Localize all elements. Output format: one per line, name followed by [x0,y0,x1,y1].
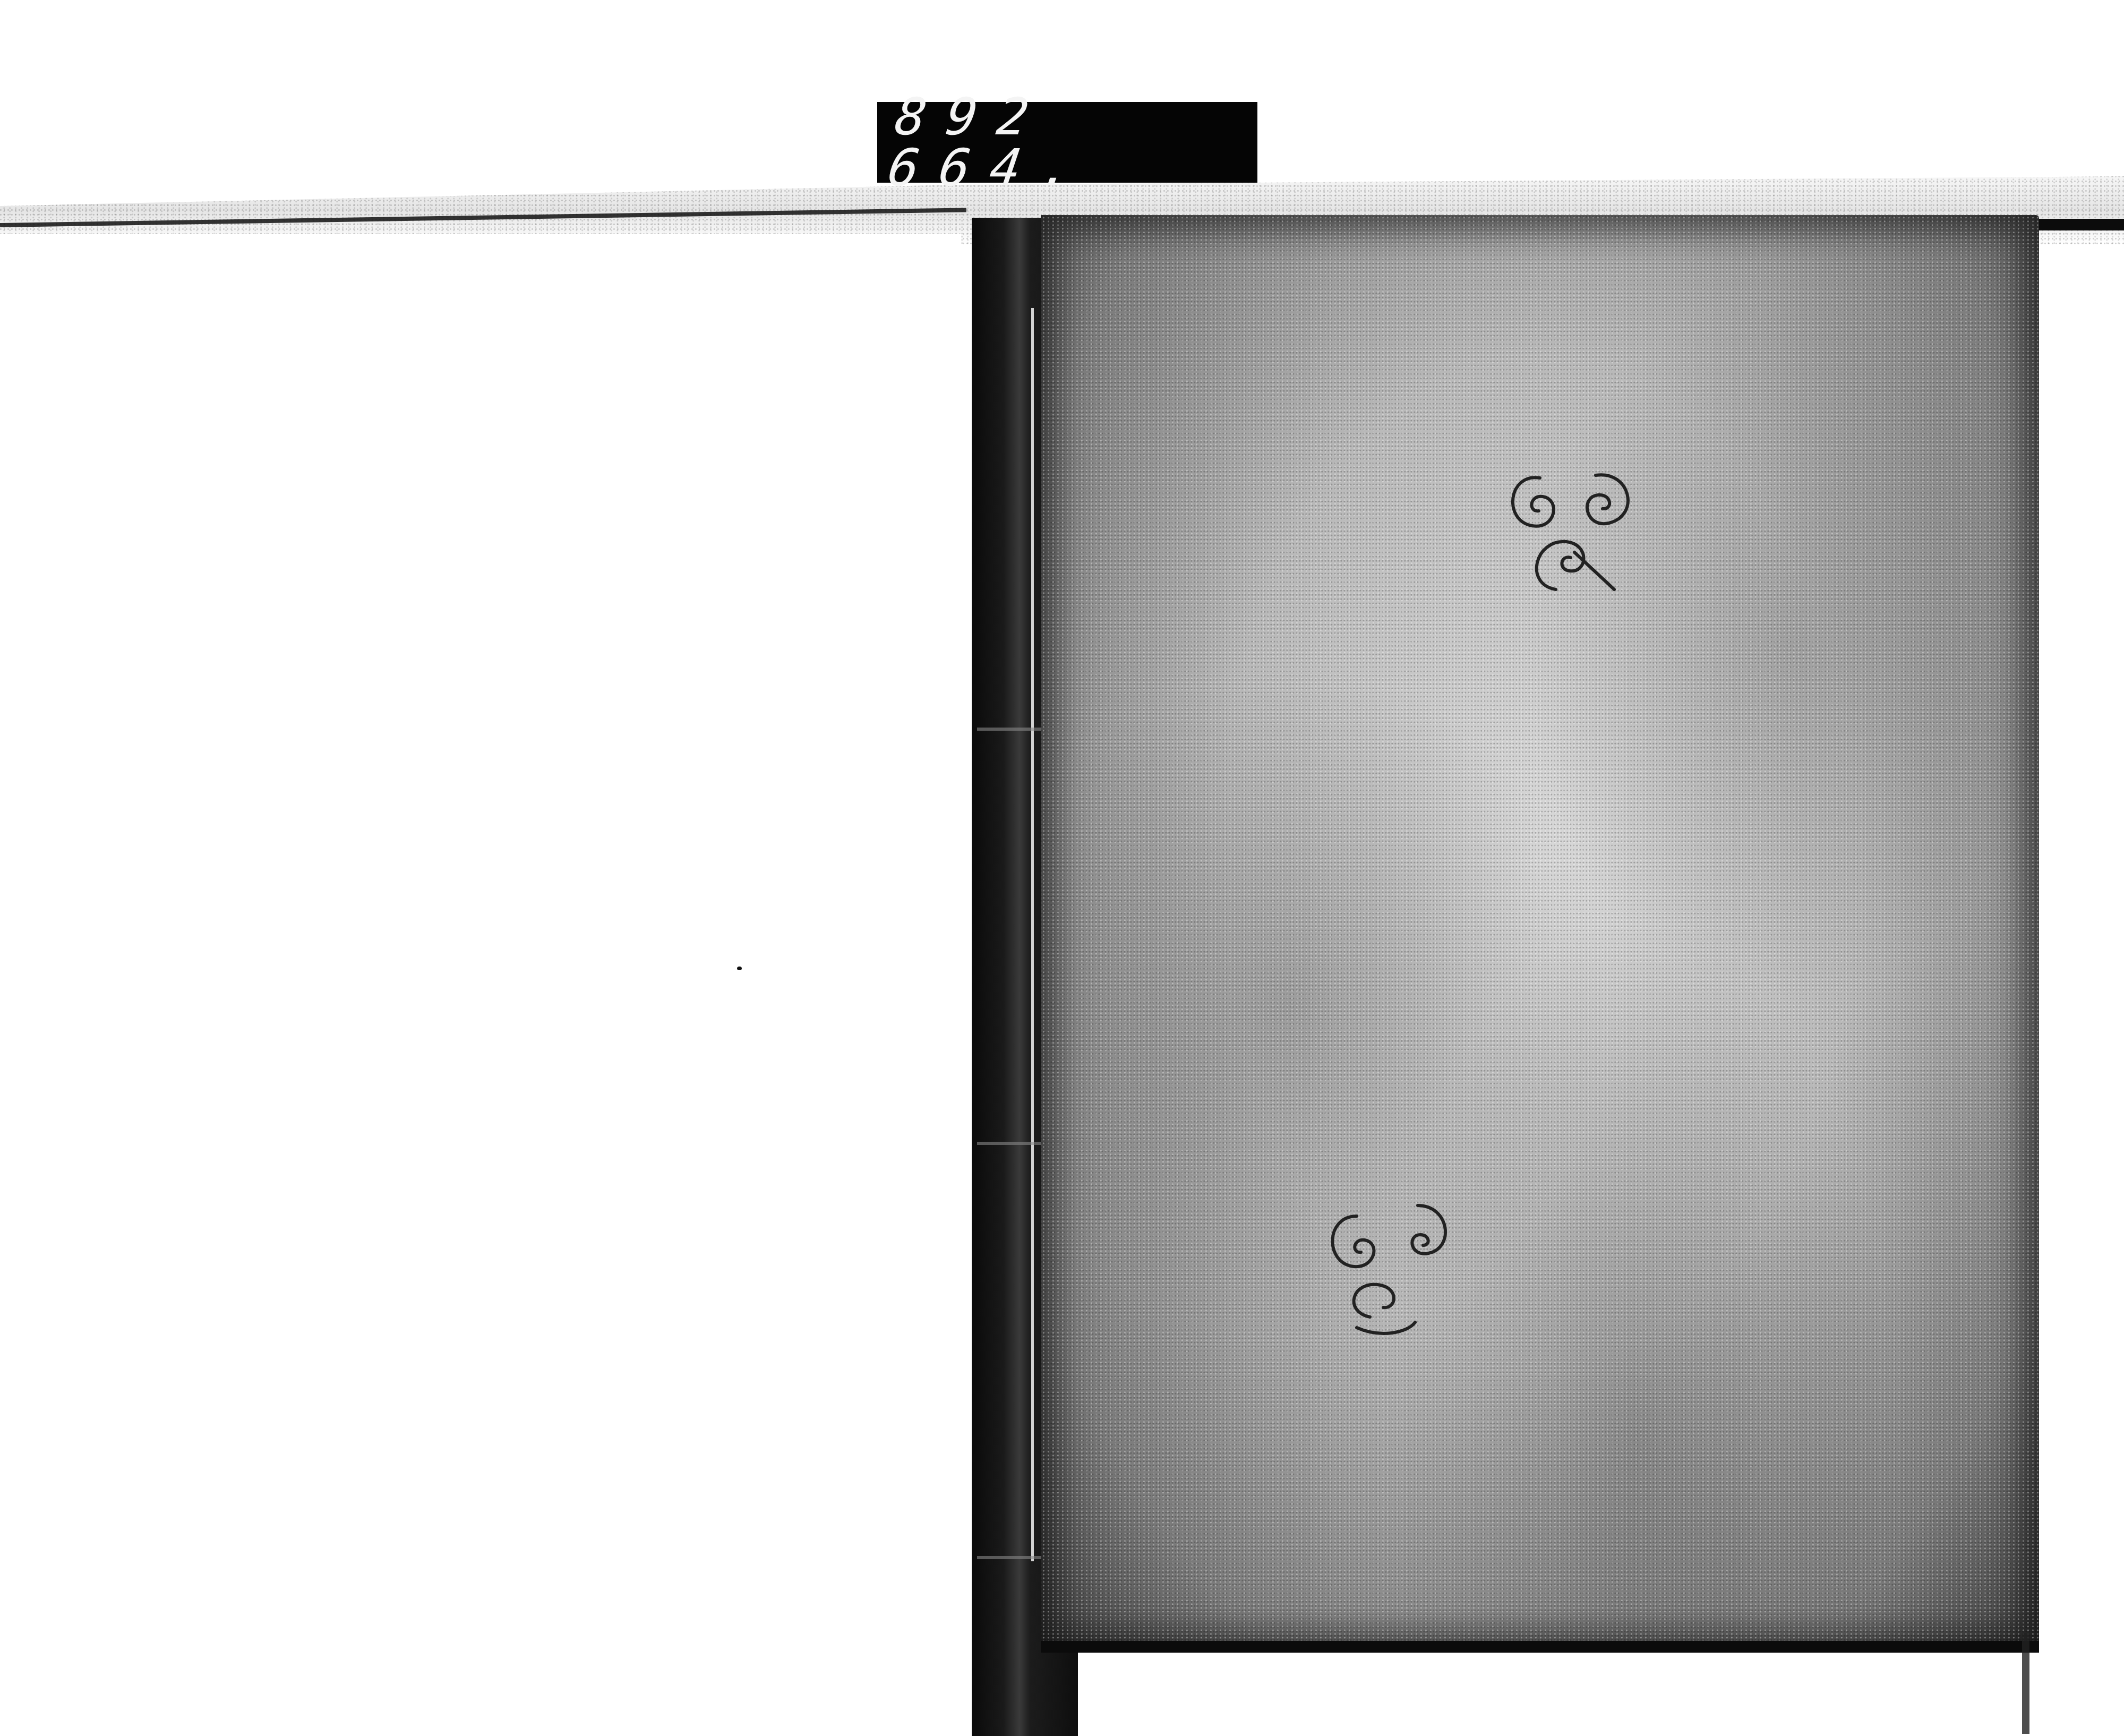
book-cover [1041,215,2039,1649]
blank-left-page [0,234,961,1736]
archive-label-code: 892 664. [885,91,1250,193]
spiral-trefoil-ornament-icon [1481,446,1662,605]
cover-corner-tear [2022,1633,2029,1734]
ink-speck [737,967,742,970]
archive-label-card: 892 664. [877,102,1257,183]
cover-bottom-edge [1041,1641,2039,1653]
spiral-trefoil-ornament-icon [1306,1184,1476,1338]
scanned-image: 892 664. [0,0,2124,1736]
spine-joint-line [1031,308,1034,1561]
cover-texture [1041,215,2039,1649]
